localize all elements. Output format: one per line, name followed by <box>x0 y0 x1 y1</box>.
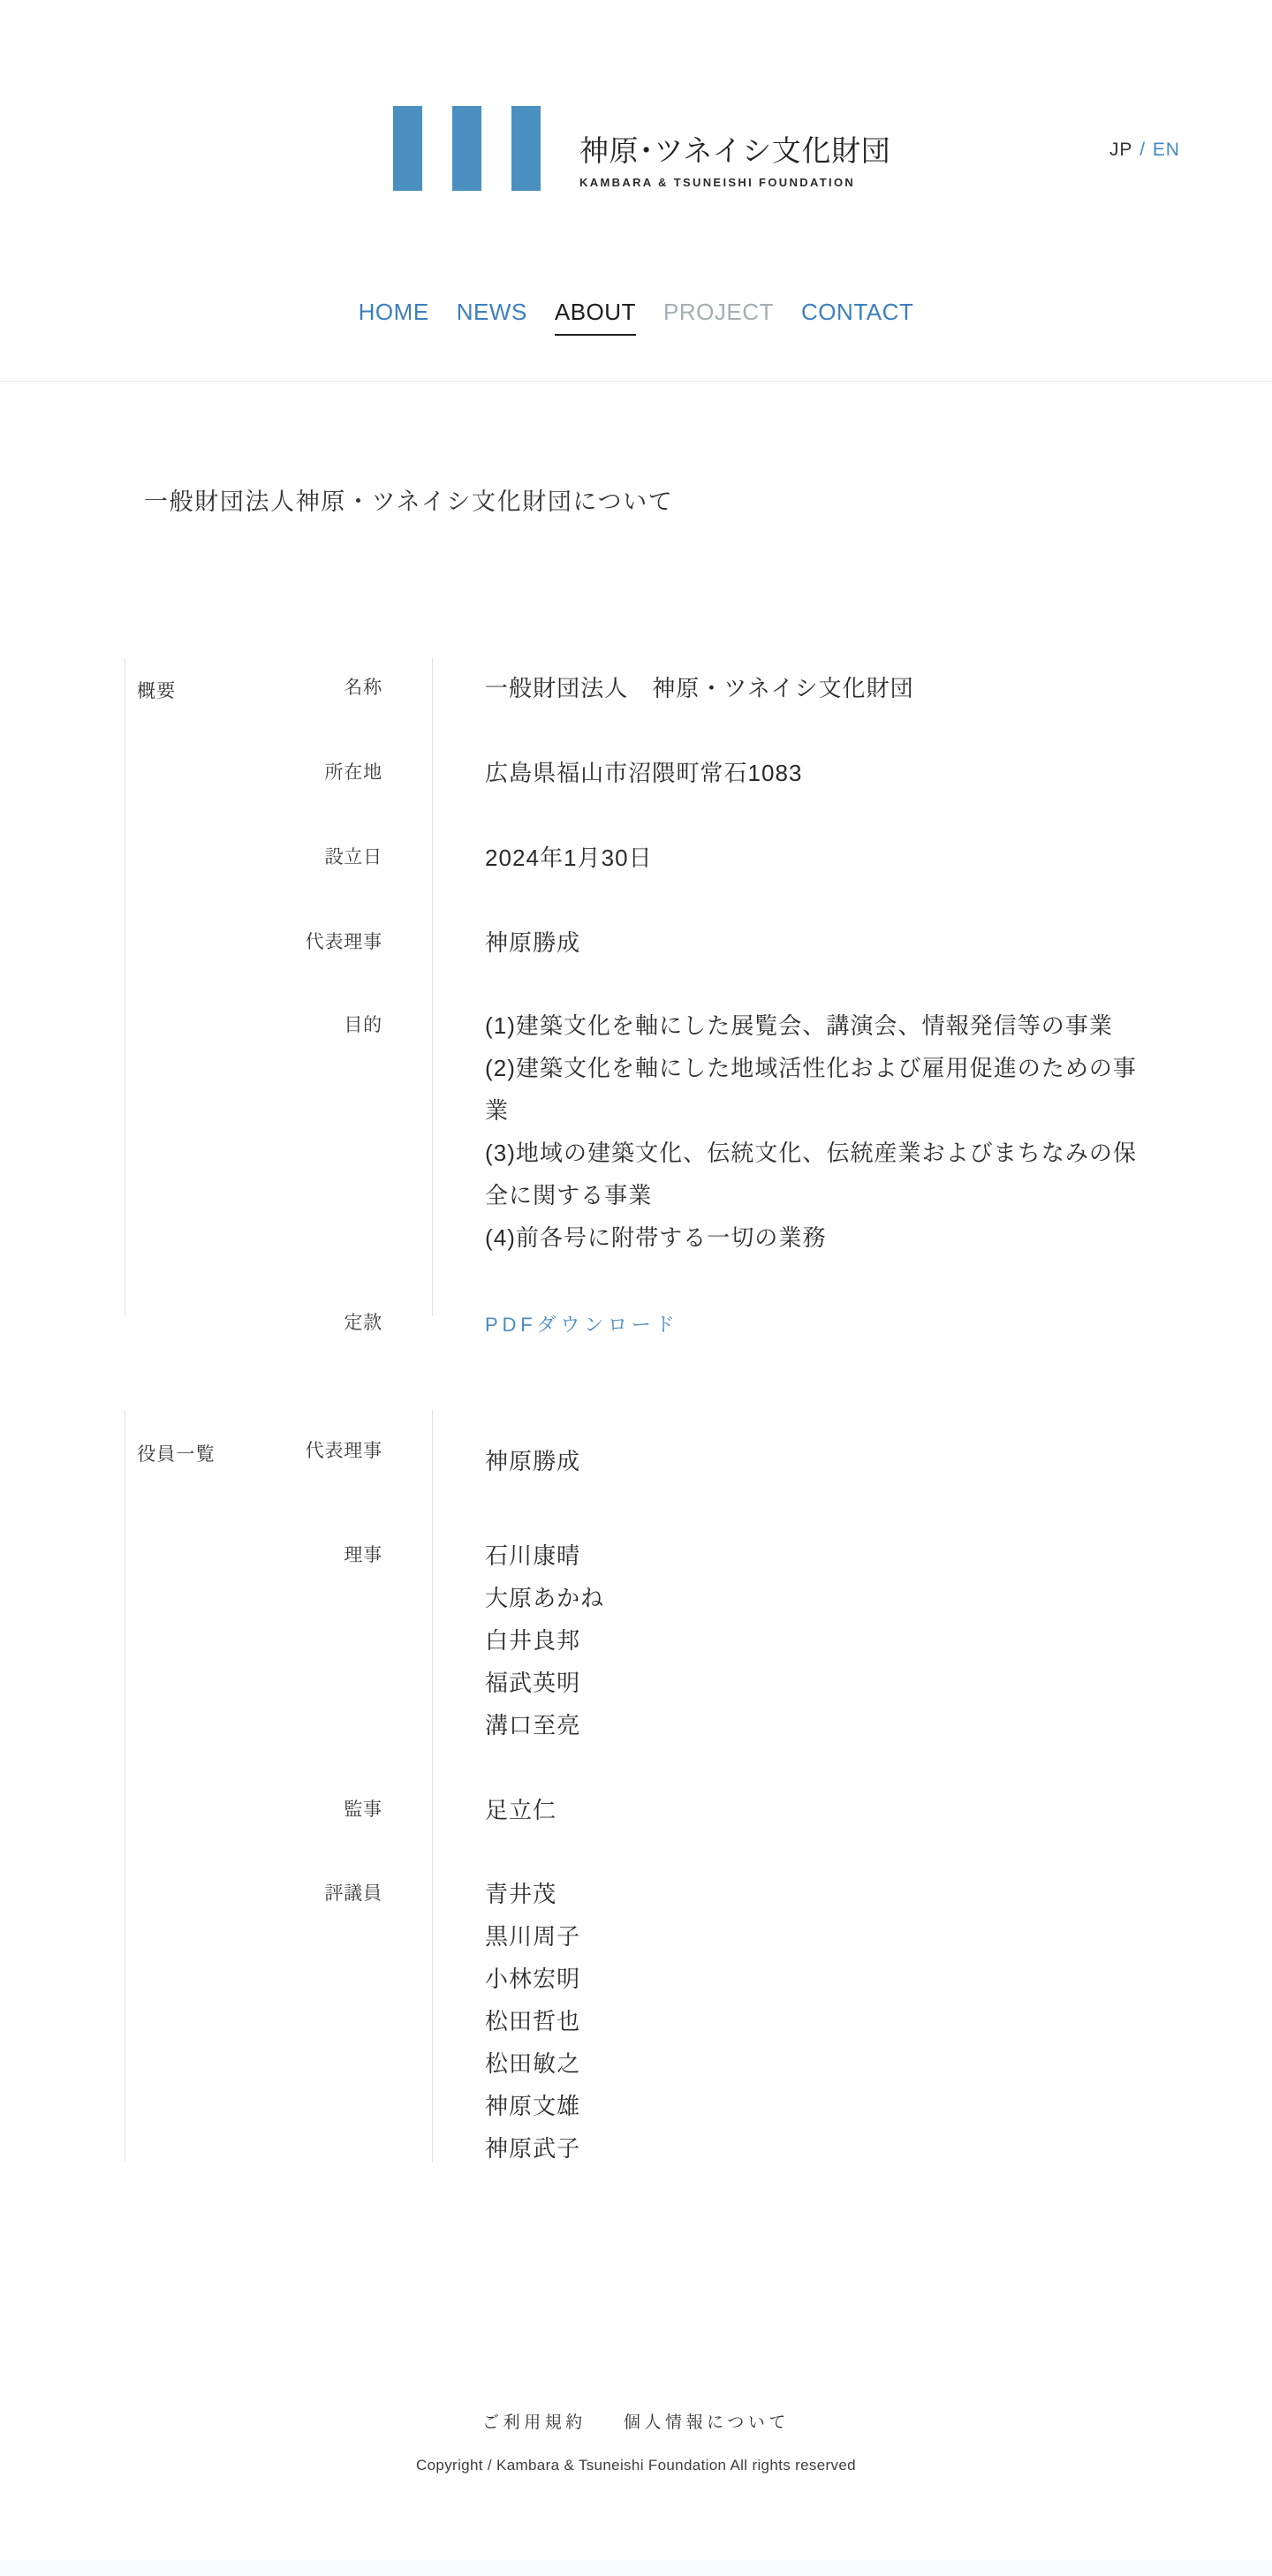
group-names: 石川康晴 大原あかね 白井良邦 福武英明 溝口至亮 <box>432 1534 1149 1746</box>
purpose-line: (2)建築文化を軸にした地域活性化および雇用促進のための事業 <box>485 1047 1149 1132</box>
overview-table: 概要 名称 一般財団法人 神原・ツネイシ文化財団 所在地 広島県福山市沼隈町常石… <box>125 658 1149 1380</box>
logo-title-jp: 神原･ツネイシ文化財団 <box>579 128 890 170</box>
row-label: 定款 <box>125 1312 432 1337</box>
row-value: (1)建築文化を軸にした展覧会、講演会、情報発信等の事業 (2)建築文化を軸にし… <box>432 1004 1149 1259</box>
logo-bar-icon <box>393 106 422 191</box>
logo-bar-icon <box>511 106 541 191</box>
group-label: 評議員 <box>125 1873 432 2170</box>
table-row: 名称 一般財団法人 神原・ツネイシ文化財団 <box>125 658 1149 743</box>
officers-table: 役員一覧 代表理事 神原勝成 理事 石川康晴 大原あかね 白井良邦 福武英明 溝… <box>125 1410 1149 2170</box>
table-row: 所在地 広島県福山市沼隈町常石1083 <box>125 743 1149 828</box>
purpose-line: (3)地域の建築文化、伝統文化、伝統産業およびまちなみの保全に関する事業 <box>485 1132 1149 1216</box>
logo-title-en: KAMBARA & TSUNEISHI FOUNDATION <box>579 176 890 189</box>
row-value: 神原勝成 <box>432 931 1149 954</box>
page-title: 一般財団法人神原・ツネイシ文化財団について <box>144 482 673 517</box>
row-value: 一般財団法人 神原・ツネイシ文化財団 <box>432 677 1149 700</box>
officer-name: 神原文雄 <box>485 2085 1149 2127</box>
table-left-border <box>125 1410 125 2162</box>
nav-home[interactable]: HOME <box>359 299 429 336</box>
officer-name: 黒川周子 <box>485 1915 1149 1958</box>
officer-name: 松田敏之 <box>485 2042 1149 2085</box>
group-label: 監事 <box>125 1789 432 1831</box>
purpose-line: (1)建築文化を軸にした展覧会、講演会、情報発信等の事業 <box>485 1004 1149 1047</box>
pdf-download-link[interactable]: PDFダウンロード <box>485 1314 679 1336</box>
logo-bars-icon <box>393 106 541 191</box>
table-divider <box>432 1410 433 2162</box>
officer-group: 理事 石川康晴 大原あかね 白井良邦 福武英明 溝口至亮 <box>125 1534 1149 1789</box>
terms-link[interactable]: ご利用規約 <box>482 2409 587 2433</box>
officer-name: 石川康晴 <box>485 1534 1149 1577</box>
officer-group: 代表理事 神原勝成 <box>125 1410 1149 1534</box>
table-left-border <box>125 658 125 1316</box>
officer-name: 福武英明 <box>485 1662 1149 1704</box>
logo-bar-icon <box>452 106 481 191</box>
nav-contact[interactable]: CONTACT <box>801 299 913 336</box>
site-header: 神原･ツネイシ文化財団 KAMBARA & TSUNEISHI FOUNDATI… <box>0 0 1272 382</box>
row-value: 広島県福山市沼隈町常石1083 <box>432 761 1149 784</box>
nav-project[interactable]: PROJECT <box>663 299 774 336</box>
table-divider <box>432 658 433 1316</box>
nav-news[interactable]: NEWS <box>457 299 527 336</box>
purpose-line: (4)前各号に附帯する一切の業務 <box>485 1216 1149 1259</box>
table-row: 設立日 2024年1月30日 <box>125 828 1149 913</box>
overview-section-label: 概要 <box>137 677 177 703</box>
officer-group: 評議員 青井茂 黒川周子 小林宏明 松田哲也 松田敏之 神原文雄 神原武子 <box>125 1873 1149 2170</box>
group-names: 神原勝成 <box>432 1440 1149 1482</box>
row-label: 設立日 <box>125 846 432 869</box>
footer-links: ご利用規約 個人情報について <box>0 2409 1272 2433</box>
officer-name: 大原あかね <box>485 1577 1149 1619</box>
group-label: 理事 <box>125 1534 432 1746</box>
row-label: 目的 <box>125 1004 432 1259</box>
row-label: 所在地 <box>125 761 432 784</box>
row-value: 2024年1月30日 <box>432 846 1149 869</box>
officer-name: 溝口至亮 <box>485 1704 1149 1746</box>
group-names: 足立仁 <box>432 1789 1149 1831</box>
lang-jp-current: JP <box>1109 140 1132 161</box>
language-switcher: JP / EN <box>1109 140 1180 161</box>
row-label: 代表理事 <box>125 931 432 954</box>
lang-en-link[interactable]: EN <box>1153 140 1180 161</box>
officers-section-label: 役員一覧 <box>137 1440 216 1466</box>
table-row: 代表理事 神原勝成 <box>125 913 1149 997</box>
site-logo[interactable]: 神原･ツネイシ文化財団 KAMBARA & TSUNEISHI FOUNDATI… <box>393 106 890 191</box>
officer-group: 監事 足立仁 <box>125 1789 1149 1873</box>
logo-text: 神原･ツネイシ文化財団 KAMBARA & TSUNEISHI FOUNDATI… <box>579 128 890 191</box>
row-value: PDFダウンロード <box>432 1312 1149 1337</box>
officer-name: 白井良邦 <box>485 1619 1149 1662</box>
copyright-text: Copyright / Kambara & Tsuneishi Foundati… <box>0 2457 1272 2474</box>
officer-name: 松田哲也 <box>485 2000 1149 2042</box>
officer-name: 神原勝成 <box>485 1440 1149 1482</box>
table-row-purpose: 目的 (1)建築文化を軸にした展覧会、講演会、情報発信等の事業 (2)建築文化を… <box>125 997 1149 1293</box>
officer-name: 小林宏明 <box>485 1958 1149 2000</box>
lang-separator: / <box>1139 140 1146 161</box>
nav-about[interactable]: ABOUT <box>555 299 636 336</box>
bottom-strip <box>0 2560 1272 2576</box>
privacy-link[interactable]: 個人情報について <box>624 2409 790 2433</box>
officer-name: 足立仁 <box>485 1789 1149 1831</box>
table-row: 定款 PDFダウンロード <box>125 1293 1149 1380</box>
group-names: 青井茂 黒川周子 小林宏明 松田哲也 松田敏之 神原文雄 神原武子 <box>432 1873 1149 2170</box>
officer-name: 青井茂 <box>485 1873 1149 1915</box>
main-nav: HOME NEWS ABOUT PROJECT CONTACT <box>0 299 1272 336</box>
officer-name: 神原武子 <box>485 2127 1149 2170</box>
